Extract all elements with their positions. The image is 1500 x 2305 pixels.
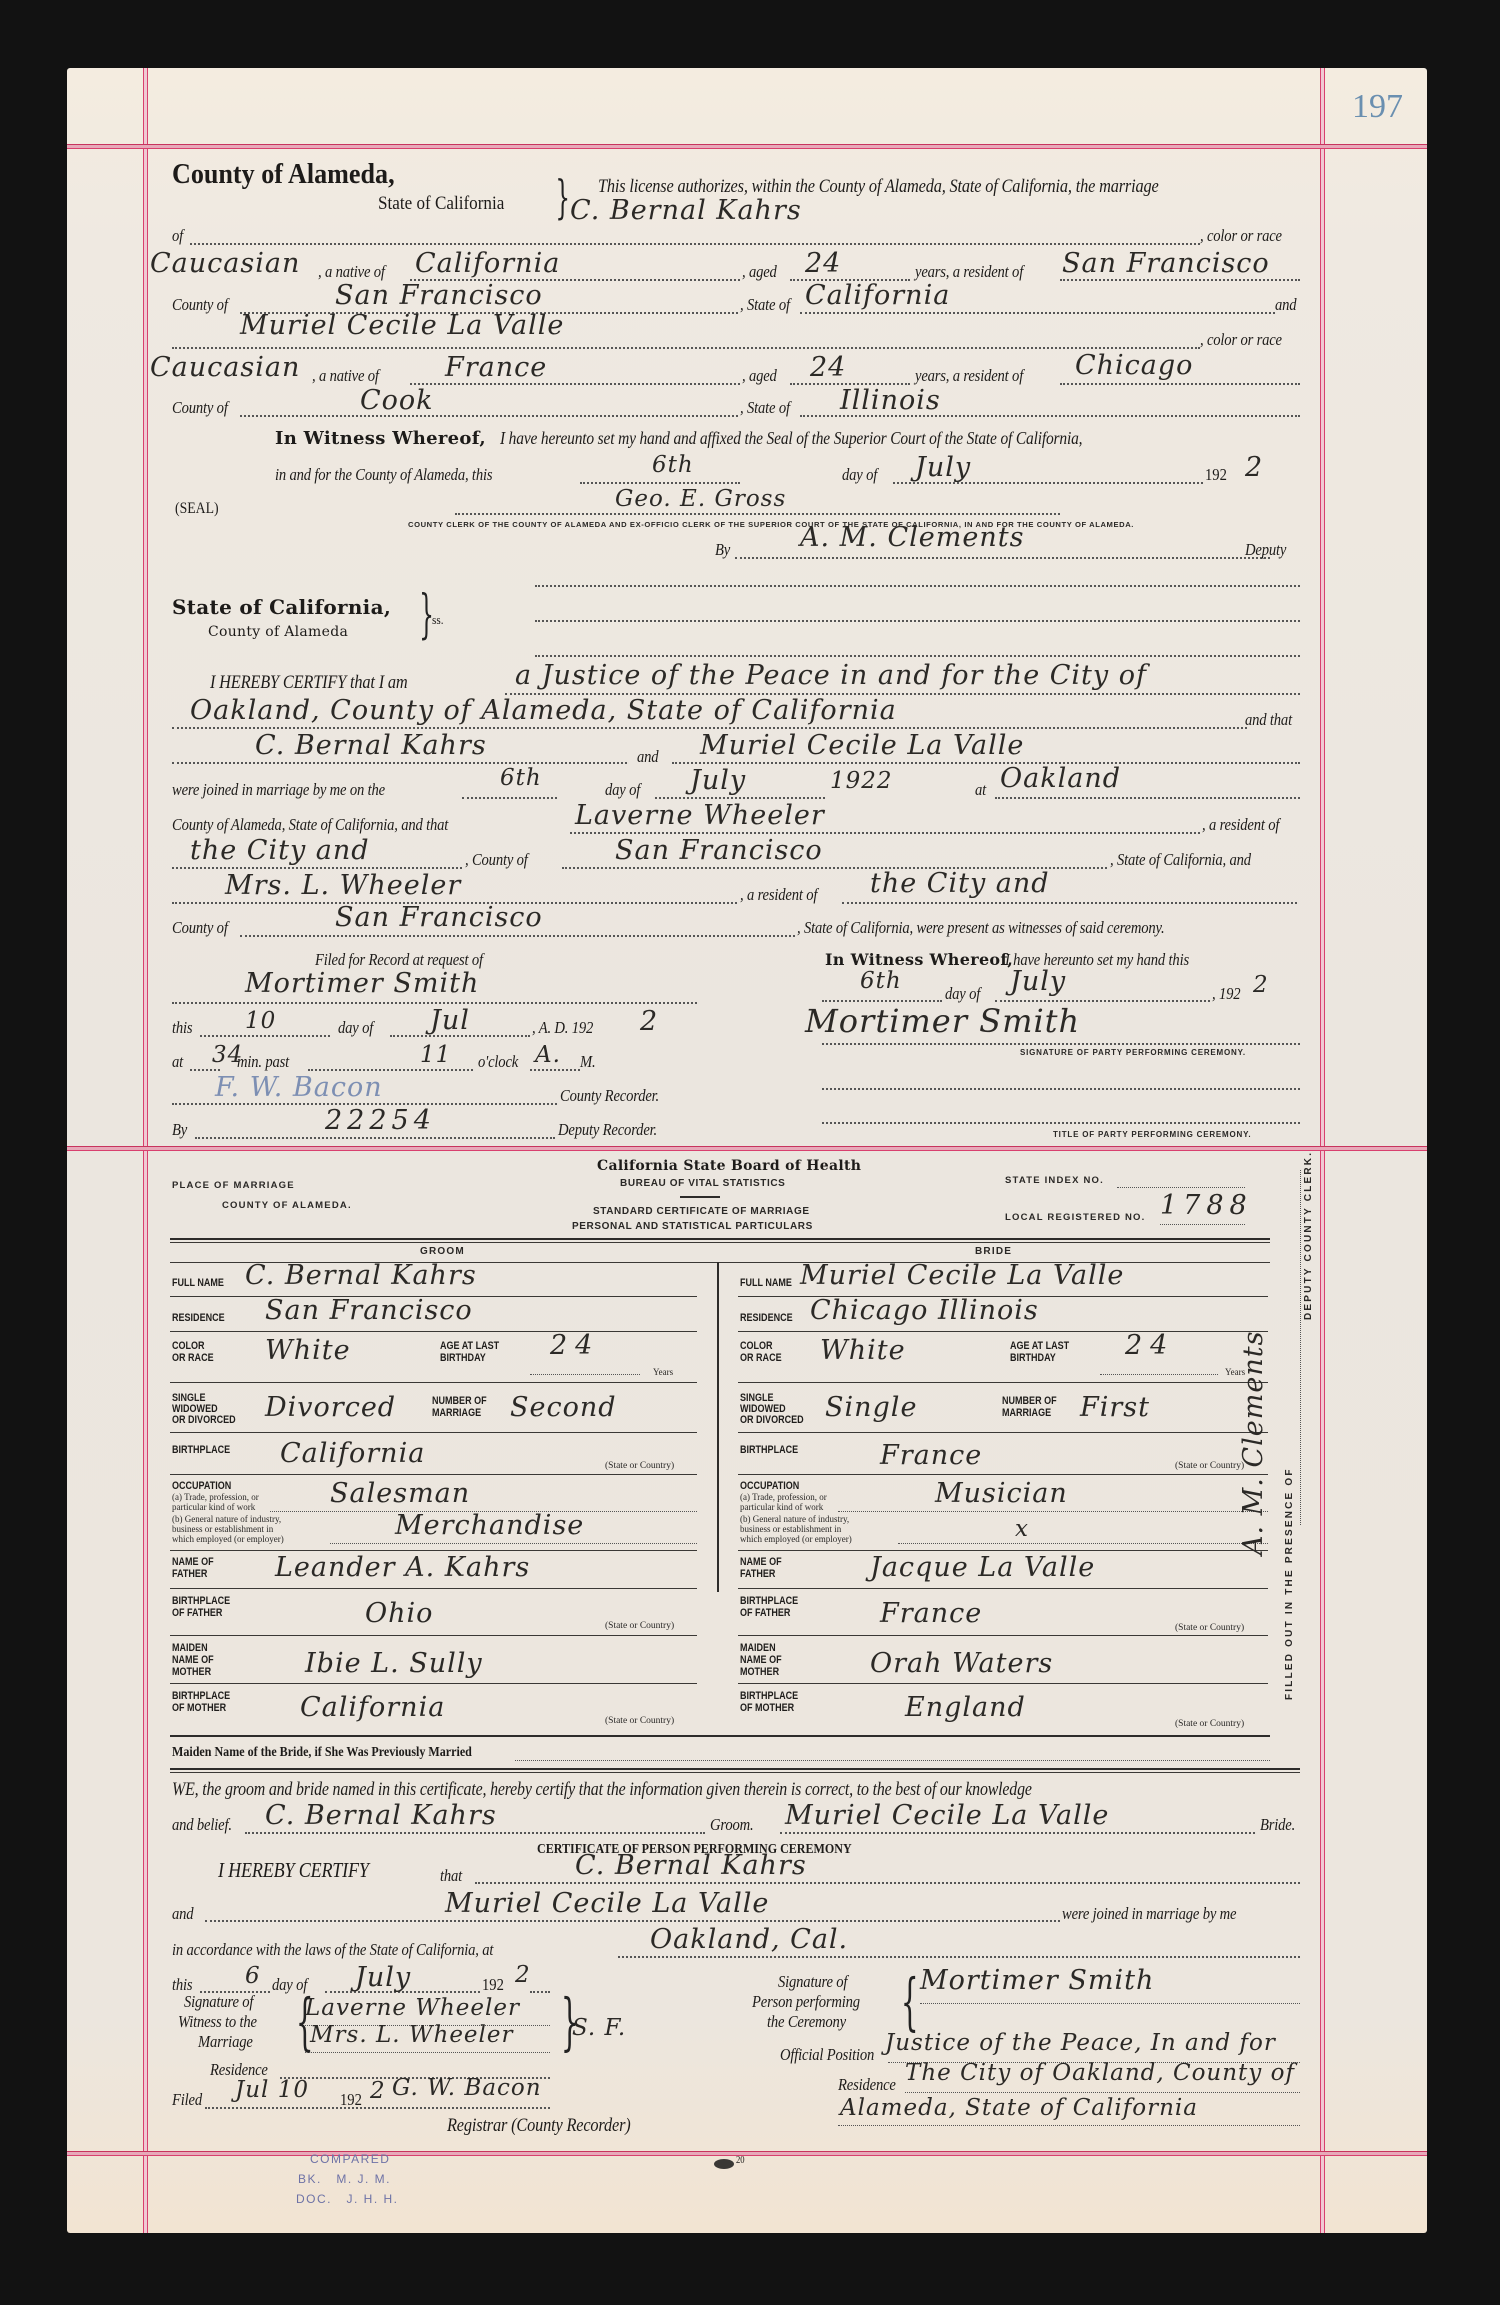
performer-year-prefix: 192 [482, 1975, 504, 1995]
particulars-label: PERSONAL AND STATISTICAL PARTICULARS [572, 1221, 813, 1232]
ad-label: , A. D. 192 [532, 1018, 593, 1038]
performer-month: July [355, 1962, 411, 1993]
license-witness-text: I have hereunto set my hand and affixed … [500, 428, 1082, 449]
groom-number-of-marriage: Second [510, 1392, 617, 1423]
aged-label: , aged [742, 262, 777, 282]
ad-year-suffix: 2 [640, 1006, 658, 1037]
license-state-heading: State of California [378, 193, 504, 215]
license-year-prefix: 192 [1205, 465, 1227, 485]
bride-header: BRIDE [975, 1246, 1012, 1257]
groom-state: California [805, 280, 950, 311]
union-label-number: 20 [736, 2155, 745, 2166]
cert-at-label: at [975, 780, 986, 800]
bride-father-name: Jacque La Valle [870, 1552, 1095, 1583]
and-belief-label: and belief. [172, 1815, 232, 1835]
license-by-label: By [715, 540, 730, 560]
bride-age: 24 [810, 352, 846, 383]
performer-year-suffix: 2 [515, 1962, 531, 1988]
groom-race: Caucasian [150, 248, 300, 279]
deputy-county-clerk-label: DEPUTY COUNTY CLERK. [1303, 1151, 1314, 1320]
signature-caption: SIGNATURE OF PARTY PERFORMING CEREMONY. [1020, 1048, 1246, 1057]
county-value: COUNTY OF ALAMEDA. [222, 1200, 352, 1211]
performer-sig-label-1: Signature of [778, 1972, 847, 1992]
column-divider [717, 1262, 719, 1592]
page-number: 197 [1352, 88, 1403, 126]
cert-and-label: and [637, 747, 658, 767]
groom-residence: San Francisco [265, 1295, 473, 1326]
witness-sig-label-3: Marriage [198, 2032, 253, 2052]
standard-title: STANDARD CERTIFICATE OF MARRIAGE [593, 1206, 810, 1217]
license-groom-name: C. Bernal Kahrs [570, 195, 802, 226]
in-and-for-text: in and for the County of Alameda, this [275, 465, 492, 485]
performer-day: 6 [245, 1963, 261, 1989]
license-county-heading: County of Alameda, [172, 158, 395, 191]
witness1-resident-label: , a resident of [1202, 815, 1279, 835]
bride-race: Caucasian [150, 352, 300, 383]
groom-county: San Francisco [335, 280, 543, 311]
state-of-label: , State of [740, 295, 790, 315]
bride-residence: Chicago Illinois [810, 1295, 1039, 1326]
filed-this-label: this [172, 1018, 192, 1038]
bride-mother-maiden-name: Orah Waters [870, 1648, 1053, 1679]
performer-residence-label: Residence [838, 2075, 896, 2095]
min-past-label: min. past [237, 1052, 289, 1072]
bride-full-name: Muriel Cecile La Valle [800, 1260, 1124, 1291]
m-label: M. [580, 1052, 595, 1072]
license-day-of-label: day of [842, 465, 877, 485]
witness2-name: Mrs. L. Wheeler [225, 870, 461, 901]
groom-mother-birthplace: California [300, 1692, 445, 1723]
witness1-county-label: , County of [465, 850, 528, 870]
cert-year: 1922 [830, 768, 893, 794]
witness-sig-label-1: Signature of [184, 1992, 253, 2012]
witness2-county: San Francisco [335, 902, 543, 933]
performer-place: Oakland, Cal. [650, 1924, 848, 1955]
deputy-recorder-label: Deputy Recorder. [558, 1120, 657, 1140]
groom-birthplace: California [280, 1438, 425, 1469]
witness2-county-label: County of [172, 918, 228, 938]
deputy-label: Deputy [1245, 540, 1286, 560]
recorder-signature: F. W. Bacon [215, 1072, 383, 1103]
color-or-race-label: , color or race [1200, 226, 1282, 246]
filled-out-in-presence-of: FILLED OUT IN THE PRESENCE OF [1284, 1467, 1295, 1700]
clerk-signature: Geo. E. Gross [615, 486, 786, 512]
and-label: and [1275, 295, 1296, 315]
groom-occupation-industry: Merchandise [395, 1510, 584, 1541]
performer-residence-line1: The City of Oakland, County of [905, 2060, 1295, 2086]
present-label: , State of California, were present as w… [797, 918, 1165, 938]
groom-color: White [265, 1335, 351, 1366]
witness1-signature: Laverne Wheeler [305, 1995, 520, 2021]
registrar-label: Registrar (County Recorder) [447, 2115, 631, 2137]
performer-cert-groom: C. Bernal Kahrs [575, 1850, 807, 1881]
groom-age: 24 [550, 1330, 600, 1361]
maiden-name-label: Maiden Name of the Bride, if She Was Pre… [172, 1745, 472, 1761]
performer-that-label: that [440, 1866, 462, 1886]
bride-number-of-marriage: First [1080, 1392, 1150, 1423]
license-year-suffix: 2 [1245, 452, 1263, 483]
bureau-label: BUREAU OF VITAL STATISTICS [620, 1178, 785, 1189]
registrar-year-suffix: 2 [370, 2078, 386, 2104]
state-index-field [1117, 1187, 1245, 1188]
seal-label: (SEAL) [175, 500, 219, 518]
middle-rule [67, 1146, 1427, 1151]
groom-signature-label: Groom. [710, 1815, 754, 1835]
bride-state-of-label: , State of [740, 398, 790, 418]
oclock-label: o'clock [478, 1052, 518, 1072]
compared-stamp-line2: BK. M. J. M. [298, 2172, 391, 2186]
bride-county: Cook [360, 385, 434, 416]
filed-day-of-label: day of [338, 1018, 373, 1038]
witness1-residence: the City and [190, 835, 370, 866]
bride-native-of-label: , a native of [312, 366, 379, 386]
local-registered-value: 1788 [1160, 1190, 1253, 1221]
officiant-title-line1: a Justice of the Peace in and for the Ci… [515, 660, 1147, 691]
state-and-label: , State of California, and [1110, 850, 1251, 870]
registrar-signature: G. W. Bacon [392, 2075, 542, 2101]
witness-sig-label-2: Witness to the [178, 2012, 257, 2032]
official-position-value: Justice of the Peace, In and for [885, 2030, 1276, 2056]
performer-sig-label-2: Person performing [752, 1992, 860, 2012]
bride-occupation-trade: Musician [935, 1478, 1068, 1509]
bride-mother-birthplace: England [905, 1692, 1026, 1723]
resident-of-label: years, a resident of [915, 262, 1023, 282]
bride-color-or-race-label: , color or race [1200, 330, 1282, 350]
bride-state: Illinois [840, 385, 941, 416]
board-heading: California State Board of Health [597, 1158, 861, 1174]
registrar-year-prefix: 192 [340, 2090, 362, 2110]
filed-for-record-label: Filed for Record at request of [315, 950, 483, 970]
groom-occupation-trade: Salesman [330, 1478, 470, 1509]
witness2-residence: the City and [870, 868, 1050, 899]
cert-county-heading: County of Alameda [208, 624, 348, 640]
groom-resident-of: San Francisco [1062, 248, 1270, 279]
official-position-label: Official Position [780, 2045, 874, 2065]
filed-at-label: at [172, 1052, 183, 1072]
cert-witness-day: 6th [860, 968, 902, 994]
by-recorder-label: By [172, 1120, 187, 1140]
side-deputy-signature: A. M. Clements [1238, 1331, 1269, 1555]
filed-ampm: A. [535, 1042, 561, 1068]
officiant-title-line2: Oakland, County of Alameda, State of Cal… [190, 695, 897, 726]
performer-cert-bride: Muriel Cecile La Valle [445, 1888, 769, 1919]
bride-occupation-industry: x [1015, 1516, 1029, 1542]
filed-hour: 11 [420, 1042, 451, 1068]
registrar-filed-label: Filed [172, 2090, 202, 2110]
groom-full-name: C. Bernal Kahrs [245, 1260, 477, 1291]
county-of-label: County of [172, 295, 228, 315]
witness2-signature: Mrs. L. Wheeler [310, 2022, 514, 2048]
bride-signature-label: Bride. [1260, 1815, 1295, 1835]
we-groom-signature: C. Bernal Kahrs [265, 1800, 497, 1831]
native-of-label: , a native of [318, 262, 385, 282]
license-day: 6th [652, 452, 694, 478]
hereby-certify-text: I HEREBY CERTIFY that I am [210, 672, 408, 694]
bride-native-of: France [445, 352, 547, 383]
cert-day: 6th [500, 765, 542, 791]
performer-and-label: and [172, 1904, 193, 1924]
cert-day-of-label: day of [605, 780, 640, 800]
deputy-signature: A. M. Clements [800, 522, 1024, 553]
witness1-name: Laverne Wheeler [575, 800, 825, 831]
cert-place: Oakland [1000, 763, 1121, 794]
license-month: July [915, 452, 971, 483]
license-brace: } [555, 170, 570, 224]
accordance-label: in accordance with the laws of the State… [172, 1940, 493, 1960]
bottom-rule [67, 2151, 1427, 2156]
license-witness-heading: In Witness Whereof, [275, 428, 486, 449]
groom-mother-maiden-name: Ibie L. Sully [305, 1648, 483, 1679]
witness2-resident-label: , a resident of [740, 885, 817, 905]
groom-header: GROOM [420, 1246, 465, 1257]
performer-joined-label: were joined in marriage by me [1062, 1904, 1236, 1924]
performer-sig-label-3: the Ceremony [767, 2012, 846, 2032]
joined-label: were joined in marriage by me on the [172, 780, 385, 800]
cert-bride-name: Muriel Cecile La Valle [700, 730, 1024, 761]
cert-witness-heading: In Witness Whereof, [825, 950, 1013, 969]
union-label-icon [714, 2159, 734, 2169]
filed-month: Jul [430, 1005, 470, 1036]
bride-aged-label: , aged [742, 366, 777, 386]
cert-witness-year-suffix: 2 [1253, 972, 1269, 998]
we-bride-signature: Muriel Cecile La Valle [785, 1800, 1109, 1831]
cert-month: July [690, 765, 746, 796]
cert-witness-day-of-label: day of [945, 984, 980, 1004]
local-registered-label: LOCAL REGISTERED NO. [1005, 1212, 1145, 1223]
county-recorder-label: County Recorder. [560, 1086, 659, 1106]
bride-birthplace: France [880, 1440, 982, 1471]
and-that-label: and that [1245, 710, 1292, 730]
compared-stamp-line1: COMPARED [310, 2152, 390, 2166]
bride-name: Muriel Cecile La Valle [240, 310, 564, 341]
cert-performer-signature: Mortimer Smith [805, 1002, 1080, 1040]
performer-hereby-certify: I HEREBY CERTIFY [218, 1858, 369, 1883]
groom-father-birthplace: Ohio [365, 1598, 433, 1629]
witness1-county: San Francisco [615, 835, 823, 866]
maiden-name-field [515, 1760, 1270, 1761]
groom-marital-status: Divorced [265, 1392, 396, 1423]
cert-witness-year-prefix: , 192 [1212, 984, 1240, 1004]
groom-age: 24 [805, 248, 841, 279]
groom-father-name: Leander A. Kahrs [275, 1552, 530, 1583]
registrar-filed-date: Jul 10 [235, 2077, 309, 2103]
performer-final-signature: Mortimer Smith [920, 1965, 1154, 1996]
filed-day: 10 [245, 1008, 276, 1034]
bride-father-birthplace: France [880, 1598, 982, 1629]
state-index-label: STATE INDEX NO. [1005, 1175, 1104, 1186]
cert-groom-name: C. Bernal Kahrs [255, 730, 487, 761]
cert-witness-month: July [1010, 966, 1066, 997]
groom-native-of: California [415, 248, 560, 279]
witness-residence-mark: S. F. [572, 2015, 626, 2041]
bride-marital-status: Single [825, 1392, 917, 1423]
title-caption: TITLE OF PARTY PERFORMING CEREMONY. [1053, 1130, 1251, 1139]
performer-residence-line2: Alameda, State of California [840, 2095, 1198, 2121]
bride-resident-of: Chicago [1075, 350, 1193, 381]
top-rule [67, 144, 1427, 149]
filed-by: Mortimer Smith [245, 968, 479, 999]
of-label: of [172, 226, 183, 246]
bride-age: 24 [1125, 1330, 1175, 1361]
bride-color: White [820, 1335, 906, 1366]
compared-stamp-line3: DOC. J. H. H. [296, 2192, 399, 2206]
we-certify-text: WE, the groom and bride named in this ce… [172, 1780, 1032, 1801]
ss-label: ss. [432, 612, 444, 628]
deputy-recorder-value: 22254 [325, 1105, 436, 1136]
bride-resident-of-label: years, a resident of [915, 366, 1023, 386]
cert-state-heading: State of California, [172, 595, 391, 619]
clerk-caption: COUNTY CLERK OF THE COUNTY OF ALAMEDA AN… [408, 520, 1134, 529]
county-line-label: County of Alameda, State of California, … [172, 815, 448, 835]
place-of-marriage-label: PLACE OF MARRIAGE [172, 1180, 295, 1191]
bride-county-of-label: County of [172, 398, 228, 418]
